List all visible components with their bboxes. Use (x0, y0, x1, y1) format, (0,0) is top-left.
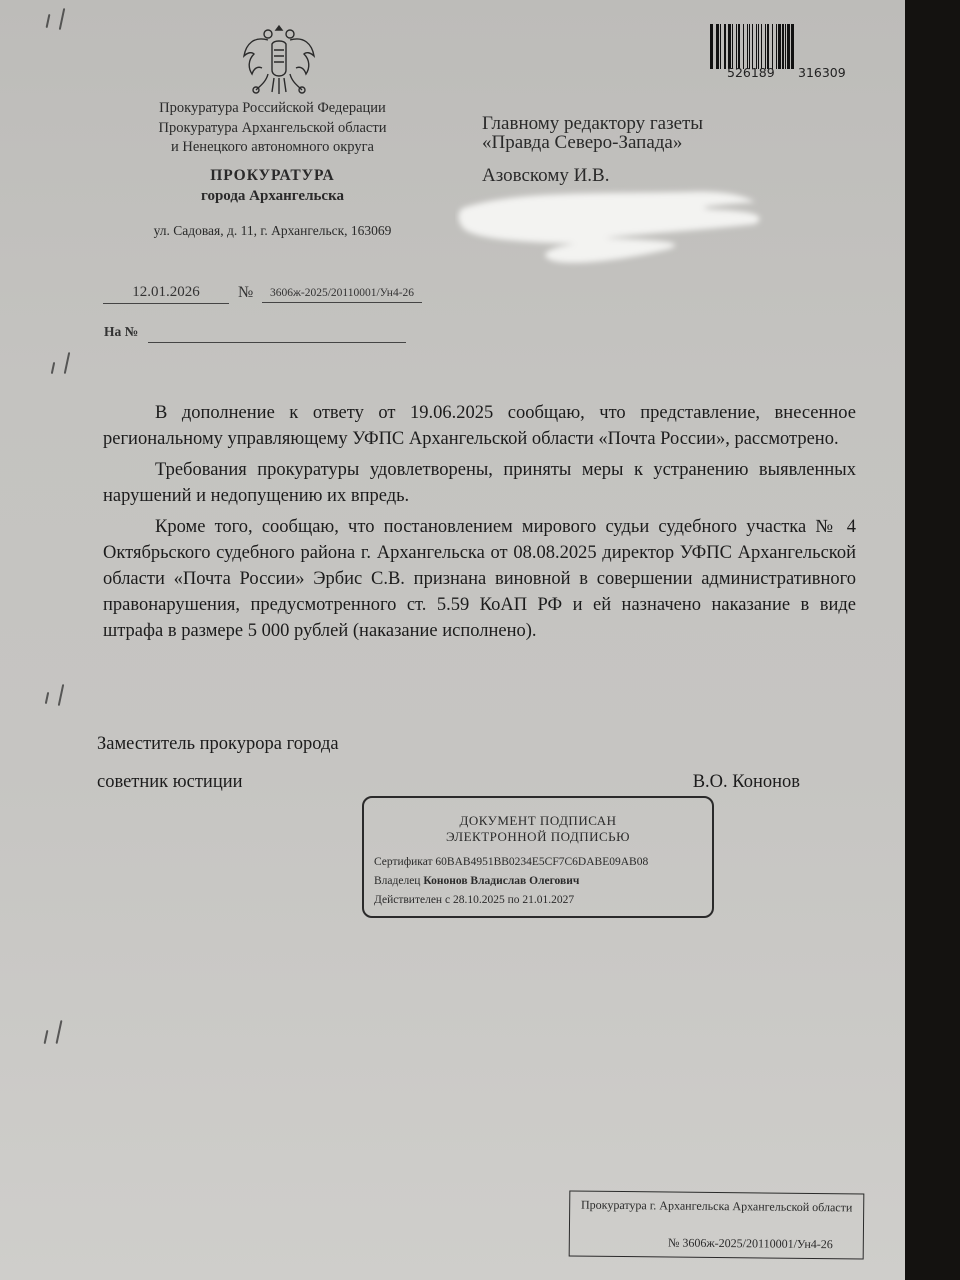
coat-of-arms-icon (238, 22, 320, 100)
barcode-bar (732, 24, 733, 69)
barcode-bar (785, 24, 786, 69)
recipient-line-2: «Правда Северо-Запада» (482, 132, 682, 154)
valid-to: 21.01.2027 (522, 894, 574, 906)
body-paragraph-3: Кроме того, сообщаю, что постановлением … (103, 514, 856, 644)
barcode-bar (738, 24, 740, 69)
body-paragraph-2: Требования прокуратуры удовлетворены, пр… (103, 457, 856, 509)
org-address: ул. Садовая, д. 11, г. Архангельск, 1630… (130, 223, 415, 239)
number-label: № (238, 284, 253, 302)
barcode-bar (772, 24, 773, 69)
registration-stamp: Прокуратура г. Архангельска Архангельско… (569, 1190, 865, 1259)
barcode-bar (720, 24, 721, 69)
scan-mark (51, 362, 55, 374)
barcode-bar (747, 24, 748, 69)
valid-to-label: по (508, 894, 520, 906)
barcode-bar (752, 24, 753, 69)
signer-position: Заместитель прокурора города (97, 734, 339, 755)
barcode-bar (736, 24, 737, 69)
registration-number-label: № (668, 1235, 680, 1249)
scan-mark (56, 1020, 63, 1044)
redaction-mark (455, 180, 770, 270)
valid-label: Действителен с (374, 894, 450, 906)
barcode-bar (761, 24, 762, 69)
scan-mark (64, 352, 71, 374)
stamp-title-2: ЭЛЕКТРОННОЙ ПОДПИСЬЮ (364, 829, 712, 845)
barcode-bar (778, 24, 781, 69)
stamp-certificate: Сертификат 60BAB4951BB0234E5CF7C6DABE09A… (374, 853, 712, 872)
reply-to-field (148, 342, 406, 343)
stamp-validity: Действителен с 28.10.2025 по 21.01.2027 (374, 891, 712, 910)
letter-body: В дополнение к ответу от 19.06.2025 сооб… (103, 400, 856, 649)
scan-mark (45, 692, 49, 704)
owner-value: Кононов Владислав Олегович (423, 875, 579, 887)
document-date: 12.01.2026 (103, 284, 229, 304)
document-number: 3606ж-2025/20110001/Ун4-26 (262, 287, 422, 303)
barcode-bar (724, 24, 726, 69)
signer-rank: советник юстиции (97, 772, 243, 793)
certificate-label: Сертификат (374, 856, 433, 868)
scan-mark (59, 8, 66, 30)
barcode-right-digits: 316309 (798, 65, 846, 80)
barcode-bar (710, 24, 713, 69)
barcode-bar (756, 24, 757, 69)
owner-label: Владелец (374, 875, 420, 887)
electronic-signature-stamp: ДОКУМЕНТ ПОДПИСАН ЭЛЕКТРОННОЙ ПОДПИСЬЮ С… (362, 796, 714, 918)
barcode (710, 24, 860, 69)
barcode-bar (776, 24, 777, 69)
barcode-bar (765, 24, 766, 69)
org-line-2: Прокуратура Архангельской области (130, 118, 415, 138)
barcode-bar (749, 24, 750, 69)
barcode-bar (782, 24, 784, 69)
barcode-bar (767, 24, 769, 69)
signer-name: В.О. Кононов (693, 772, 800, 793)
scan-mark (44, 1030, 49, 1044)
barcode-bar (743, 24, 744, 69)
org-line-3: и Ненецкого автономного округа (130, 137, 415, 157)
certificate-value: 60BAB4951BB0234E5CF7C6DABE09AB08 (435, 856, 648, 868)
stamp-title-1: ДОКУМЕНТ ПОДПИСАН (364, 813, 712, 829)
barcode-left-digits: 526189 (727, 65, 775, 80)
barcode-bar (758, 24, 759, 69)
valid-from: 28.10.2025 (453, 894, 505, 906)
barcode-bar (791, 24, 794, 69)
barcode-bar (728, 24, 731, 69)
body-paragraph-1: В дополнение к ответу от 19.06.2025 сооб… (103, 400, 856, 452)
org-subtitle: города Архангельска (130, 188, 415, 205)
registration-number: № 3606ж-2025/20110001/Ун4-26 (668, 1235, 833, 1252)
barcode-bar (716, 24, 719, 69)
org-title: ПРОКУРАТУРА (130, 167, 415, 185)
reply-to-label: На № (104, 324, 138, 340)
scan-mark (58, 684, 65, 706)
org-line-1: Прокуратура Российской Федерации (130, 98, 415, 118)
registration-org: Прокуратура г. Архангельска Архангельско… (570, 1197, 863, 1215)
letter-page: Прокуратура Российской Федерации Прокура… (0, 0, 905, 1280)
stamp-owner: Владелец Кононов Владислав Олегович (374, 872, 712, 891)
registration-number-value: 3606ж-2025/20110001/Ун4-26 (682, 1236, 833, 1252)
barcode-bar (787, 24, 790, 69)
scan-mark (46, 14, 51, 28)
